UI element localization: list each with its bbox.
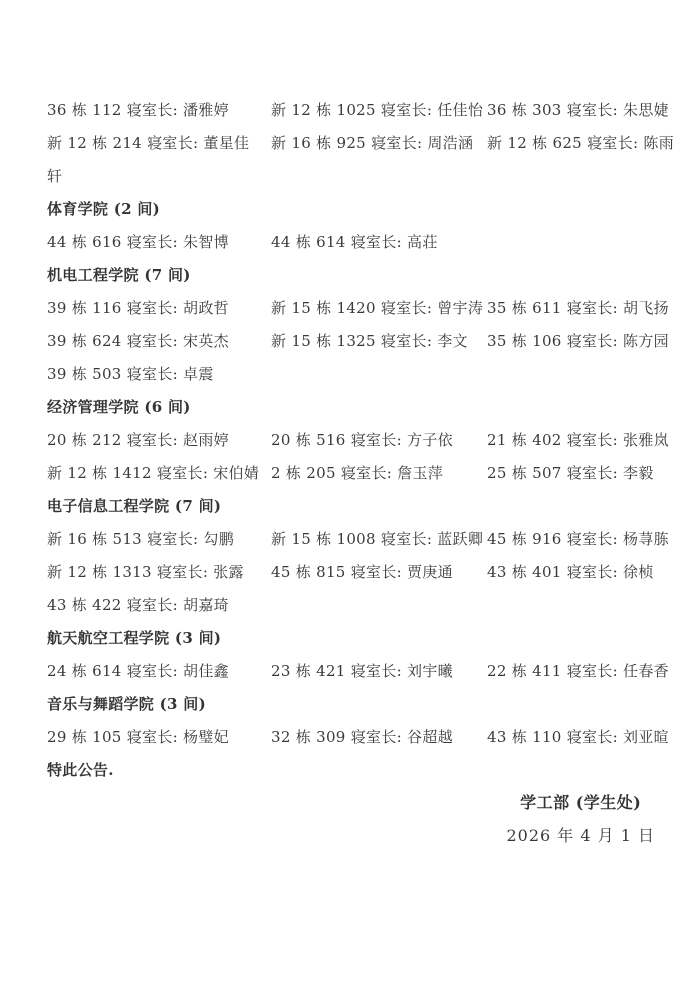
roster-entry: 2 栋 205 寝室长: 詹玉萍 [271, 463, 487, 483]
roster-row: 44 栋 616 寝室长: 朱智博 44 栋 614 寝室长: 高荘 [47, 232, 655, 252]
roster-entry [487, 364, 655, 384]
roster-row: 43 栋 422 寝室长: 胡嘉琦 [47, 595, 655, 615]
roster-entry: 29 栋 105 寝室长: 杨璧妃 [47, 727, 271, 747]
roster-entry [271, 595, 487, 615]
roster-entry: 36 栋 303 寝室长: 朱思婕 [487, 100, 669, 120]
signature-department: 学工部 (学生处) [506, 793, 655, 813]
roster-entry: 新 15 栋 1325 寝室长: 李文 [271, 331, 487, 351]
roster-row: 36 栋 112 寝室长: 潘雅婷 新 12 栋 1025 寝室长: 任佳怡 3… [47, 100, 655, 120]
roster-entry: 新 16 栋 513 寝室长: 勾鹏 [47, 529, 271, 549]
roster-entry: 新 15 栋 1420 寝室长: 曾宇涛 [271, 298, 487, 318]
roster-row: 新 12 栋 1313 寝室长: 张露 45 栋 815 寝室长: 贾庚通 43… [47, 562, 655, 582]
roster-entry: 35 栋 611 寝室长: 胡飞扬 [487, 298, 669, 318]
roster-entry: 36 栋 112 寝室长: 潘雅婷 [47, 100, 271, 120]
roster-row: 29 栋 105 寝室长: 杨璧妃 32 栋 309 寝室长: 谷超越 43 栋… [47, 727, 655, 747]
section-heading-aerospace: 航天航空工程学院 (3 间) [47, 628, 655, 648]
roster-row: 39 栋 503 寝室长: 卓震 [47, 364, 655, 384]
roster-entry: 新 12 栋 1412 寝室长: 宋伯婧 [47, 463, 271, 483]
closing-note: 特此公告. [47, 760, 655, 780]
roster-entry: 39 栋 116 寝室长: 胡政哲 [47, 298, 271, 318]
roster-row: 新 12 栋 214 寝室长: 董星佳 新 16 栋 925 寝室长: 周浩涵 … [47, 133, 655, 153]
roster-entry: 43 栋 401 寝室长: 徐桢 [487, 562, 655, 582]
roster-row: 24 栋 614 寝室长: 胡佳鑫 23 栋 421 寝室长: 刘宇曦 22 栋… [47, 661, 655, 681]
section-heading-mechatronics: 机电工程学院 (7 间) [47, 265, 655, 285]
signature-date: 2026 年 4 月 1 日 [506, 826, 655, 846]
roster-entry: 新 15 栋 1008 寝室长: 蓝跃卿 [271, 529, 487, 549]
section-heading-electronics: 电子信息工程学院 (7 间) [47, 496, 655, 516]
roster-entry: 24 栋 614 寝室长: 胡佳鑫 [47, 661, 271, 681]
section-heading-economics: 经济管理学院 (6 间) [47, 397, 655, 417]
roster-entry: 25 栋 507 寝室长: 李毅 [487, 463, 655, 483]
roster-entry: 新 12 栋 1025 寝室长: 任佳怡 [271, 100, 487, 120]
roster-entry: 20 栋 212 寝室长: 赵雨婷 [47, 430, 271, 450]
roster-row: 20 栋 212 寝室长: 赵雨婷 20 栋 516 寝室长: 方子依 21 栋… [47, 430, 655, 450]
roster-entry: 新 12 栋 1313 寝室长: 张露 [47, 562, 271, 582]
roster-entry: 新 16 栋 925 寝室长: 周浩涵 [271, 133, 487, 153]
roster-entry: 43 栋 422 寝室长: 胡嘉琦 [47, 595, 271, 615]
roster-entry [487, 232, 655, 252]
section-heading-music-dance: 音乐与舞蹈学院 (3 间) [47, 694, 655, 714]
roster-row: 新 12 栋 1412 寝室长: 宋伯婧 2 栋 205 寝室长: 詹玉萍 25… [47, 463, 655, 483]
roster-entry: 35 栋 106 寝室长: 陈方园 [487, 331, 669, 351]
roster-entry: 44 栋 614 寝室长: 高荘 [271, 232, 487, 252]
roster-entry: 32 栋 309 寝室长: 谷超越 [271, 727, 487, 747]
roster-entry: 43 栋 110 寝室长: 刘亚暄 [487, 727, 669, 747]
roster-row: 新 16 栋 513 寝室长: 勾鹏 新 15 栋 1008 寝室长: 蓝跃卿 … [47, 529, 655, 549]
roster-entry: 23 栋 421 寝室长: 刘宇曦 [271, 661, 487, 681]
roster-row: 39 栋 116 寝室长: 胡政哲 新 15 栋 1420 寝室长: 曾宇涛 3… [47, 298, 655, 318]
roster-entry: 20 栋 516 寝室长: 方子依 [271, 430, 487, 450]
roster-entry-wrap: 轩 [47, 166, 655, 186]
roster-entry: 新 12 栋 625 寝室长: 陈雨 [487, 133, 674, 153]
roster-entry: 22 栋 411 寝室长: 任春香 [487, 661, 669, 681]
roster-entry: 44 栋 616 寝室长: 朱智博 [47, 232, 271, 252]
roster-entry: 45 栋 916 寝室长: 杨荨胨 [487, 529, 669, 549]
roster-entry: 39 栋 624 寝室长: 宋英杰 [47, 331, 271, 351]
roster-row: 39 栋 624 寝室长: 宋英杰 新 15 栋 1325 寝室长: 李文 35… [47, 331, 655, 351]
signature-block: 学工部 (学生处) 2026 年 4 月 1 日 [506, 793, 655, 846]
roster-entry [487, 595, 655, 615]
document-page: 36 栋 112 寝室长: 潘雅婷 新 12 栋 1025 寝室长: 任佳怡 3… [0, 0, 700, 989]
roster-entry: 21 栋 402 寝室长: 张雅岚 [487, 430, 669, 450]
roster-entry [271, 364, 487, 384]
section-heading-sports: 体育学院 (2 间) [47, 199, 655, 219]
roster-entry: 45 栋 815 寝室长: 贾庚通 [271, 562, 487, 582]
roster-entry: 新 12 栋 214 寝室长: 董星佳 [47, 133, 271, 153]
roster-entry: 39 栋 503 寝室长: 卓震 [47, 364, 271, 384]
